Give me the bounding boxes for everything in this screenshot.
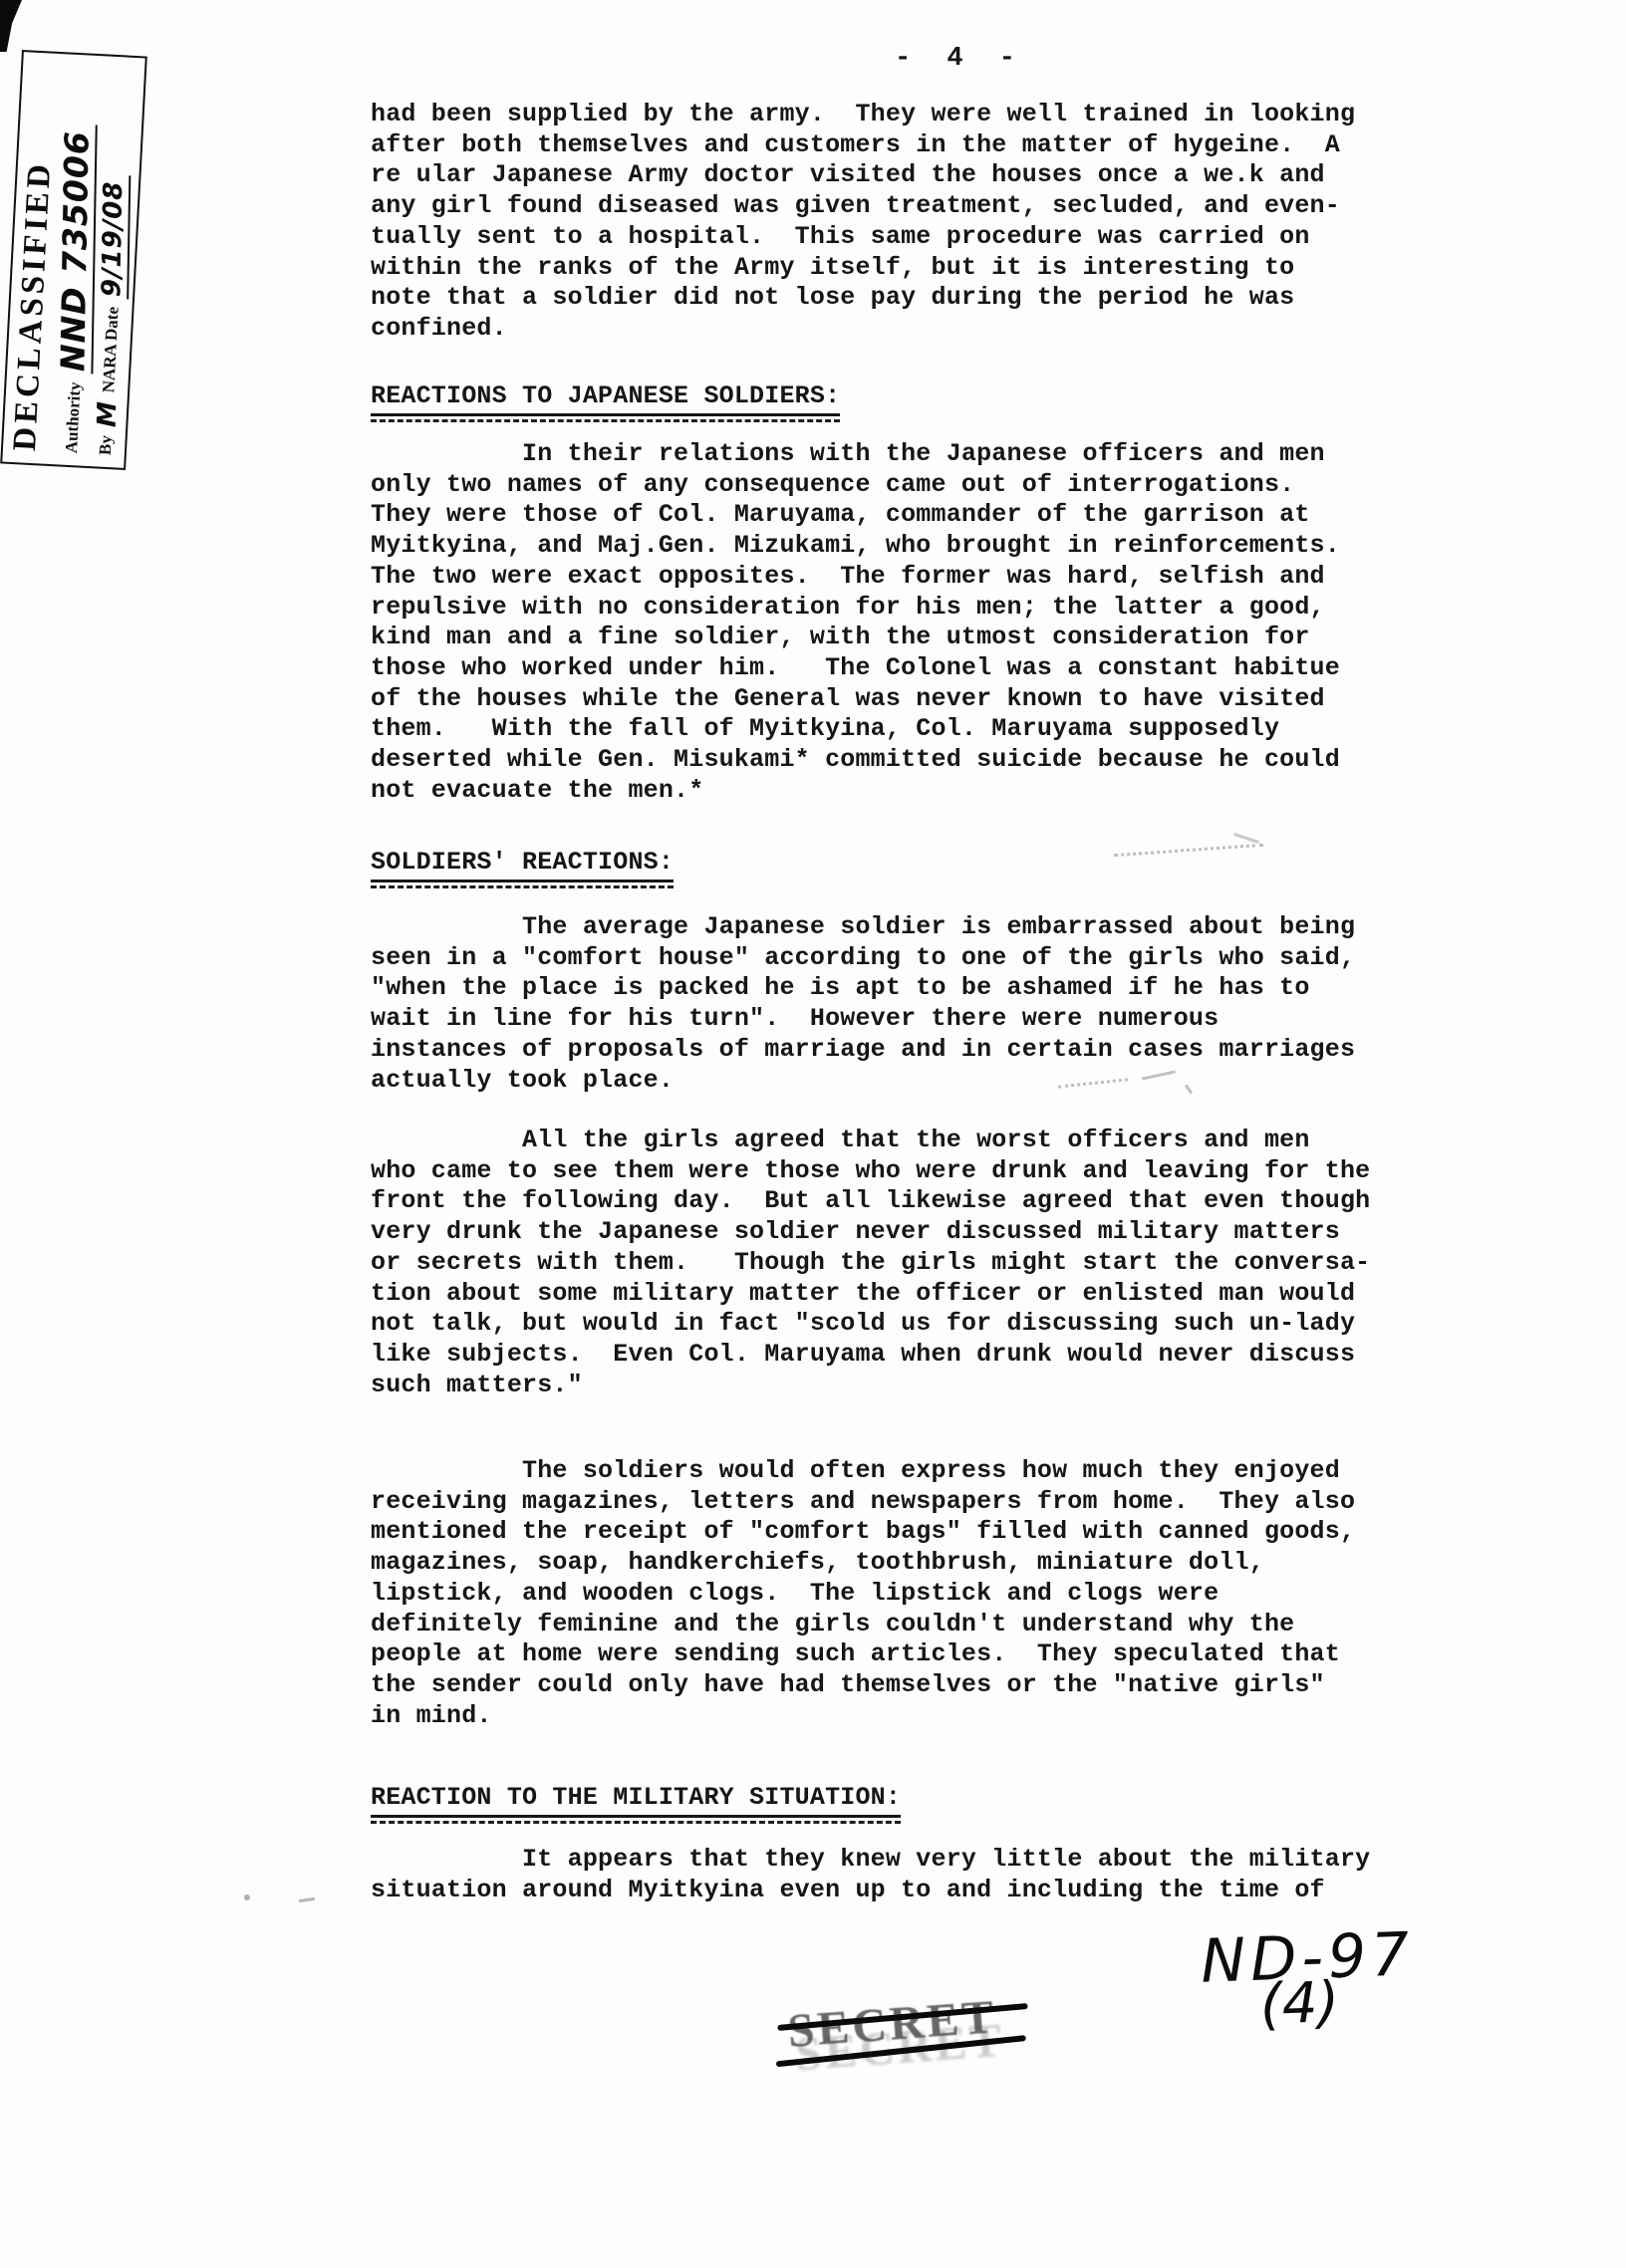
nara-date-label: NARA Date [99,306,126,392]
paragraph-reactions: In their relations with the Japanese off… [371,439,1437,806]
section-heading-military-situation-text: REACTION TO THE MILITARY SITUATION: [371,1783,901,1818]
paragraph-intro: had been supplied by the army. They were… [371,100,1437,345]
section-heading-reactions-text: REACTIONS TO JAPANESE SOLDIERS: [371,381,840,416]
authority-label: Authority [62,381,89,454]
paragraph-military: It appears that they knew very little ab… [371,1845,1437,1905]
section-heading-reactions: REACTIONS TO JAPANESE SOLDIERS: [371,381,1437,422]
pencil-mark [244,1894,250,1900]
paragraph-soldiers-1: The average Japanese soldier is embarras… [371,912,1437,1096]
by-signature-handwritten: M [95,400,121,427]
authority-value-handwritten: NND 735006 [56,125,97,374]
declassified-stamp: DECLASSIFIED Authority NND 735006 By M N… [0,50,147,470]
document-page: DECLASSIFIED Authority NND 735006 By M N… [0,0,1626,2268]
paragraph-soldiers-3: The soldiers would often express how muc… [371,1456,1437,1731]
paragraph-soldiers-2: All the girls agreed that the worst offi… [371,1126,1437,1400]
scan-artifact-corner [0,0,22,52]
section-heading-military-situation: REACTION TO THE MILITARY SITUATION: [371,1783,1437,1824]
section-heading-soldiers-reactions: SOLDIERS' REACTIONS: [371,848,1437,888]
secret-stamp-crossed-out: SECRET SECRET [786,1988,1021,2104]
pencil-mark [1233,833,1259,844]
nara-date-value-handwritten: 9/19/08 [99,174,131,299]
handwritten-reference: ND-97 (4) [1200,1924,1417,2035]
section-heading-soldiers-reactions-text: SOLDIERS' REACTIONS: [371,848,674,882]
page-number: - 4 - [895,44,1025,74]
pencil-mark [299,1897,315,1902]
by-label: By [96,435,120,456]
